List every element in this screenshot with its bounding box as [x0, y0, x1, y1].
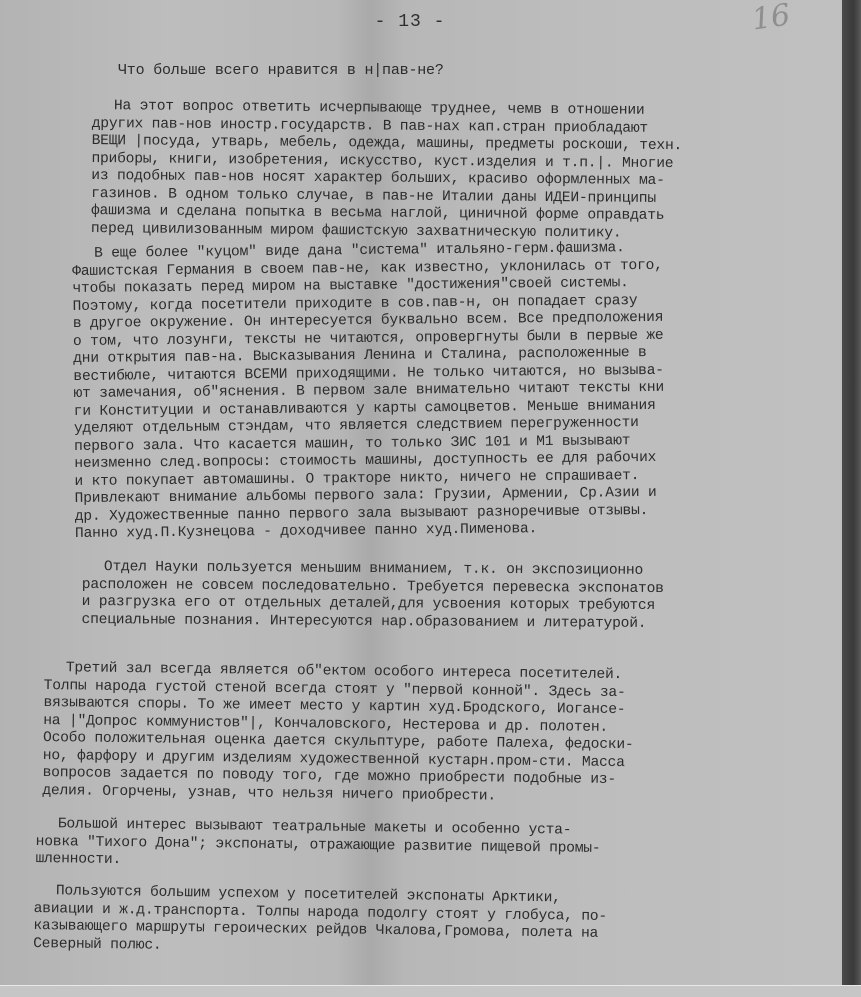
page-number: - 13 -	[0, 12, 820, 32]
scan-dark-edge	[842, 0, 861, 985]
text-line: специальные познания. Интересуются нар.о…	[82, 611, 664, 633]
document-page: - 13 - 16 Что больше всего нравится в н|…	[0, 0, 842, 985]
scan-bottom-margin	[0, 985, 861, 997]
section-heading: Что больше всего нравится в н|пав-не?	[118, 62, 444, 79]
paragraph-soviet-pavilion-visitors: В еще более "куцом" виде дана "система" …	[72, 240, 666, 544]
paragraph-third-hall: Третий зал всегда является об"ектом особ…	[42, 660, 634, 807]
paragraph-science-department: Отдел Науки пользуется меньшим вниманием…	[82, 559, 664, 633]
paragraph-foreign-pavilions: На этот вопрос ответить исчерпывающе тру…	[91, 98, 683, 243]
paragraph-theatre-models: Большой интерес вызывают театральные мак…	[35, 816, 600, 875]
paragraph-arctic-aviation: Пользуются большим успехом у посетителей…	[33, 883, 607, 961]
handwritten-folio-number: 16	[750, 0, 793, 37]
